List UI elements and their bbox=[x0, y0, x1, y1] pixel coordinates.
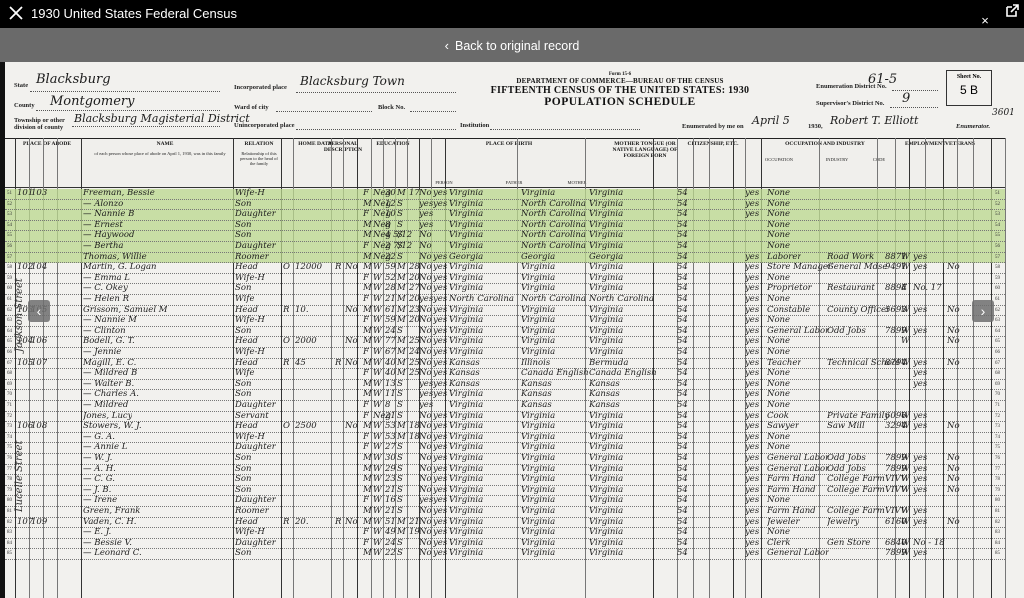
table-row[interactable]: 67105107Magill, E. C.HeadR45RNoMW40M25No… bbox=[5, 359, 1005, 370]
close-icon[interactable] bbox=[7, 4, 25, 22]
table-row[interactable]: 58102104Martin, G. LoganHeadO12000RNoMW5… bbox=[5, 263, 1005, 274]
cell-school: No bbox=[419, 305, 432, 315]
cell-school: No bbox=[419, 252, 432, 262]
cell-veteran: No bbox=[947, 326, 960, 336]
table-row[interactable]: 68— Mildred BWifeFW40M25NoyesKansasCanad… bbox=[5, 369, 1005, 380]
cell-school: No bbox=[419, 368, 432, 378]
cell-name: — W. J. bbox=[83, 453, 112, 463]
cell-school: yes bbox=[419, 294, 433, 304]
unincorporated-rule bbox=[296, 129, 456, 130]
cell-sex: M bbox=[363, 262, 372, 272]
cell-name: — Annie L bbox=[83, 442, 127, 452]
cell-line-right: 56 bbox=[995, 244, 1000, 249]
cell-name: — Clinton bbox=[83, 326, 126, 336]
table-row[interactable]: 55— HaywoodSonMNeg4 5/12SNoVirginiaNorth… bbox=[5, 231, 1005, 242]
cell-read: yes bbox=[433, 432, 447, 442]
table-row[interactable]: 84— Bessie V.DaughterFW24SNoyesVirginiaV… bbox=[5, 539, 1005, 550]
cell-mother-birth: Virginia bbox=[589, 442, 623, 452]
cell-employed: yes bbox=[913, 411, 927, 421]
cell-code: 54 bbox=[677, 252, 688, 262]
cell-marital: M bbox=[397, 336, 406, 346]
cell-relation: Son bbox=[235, 389, 251, 399]
cell-occupation: None bbox=[767, 495, 790, 505]
cell-line: 54 bbox=[7, 223, 12, 228]
cell-line: 53 bbox=[7, 212, 12, 217]
county-value: Montgomery bbox=[50, 94, 134, 109]
cell-school: No bbox=[419, 474, 432, 484]
cell-farm: No bbox=[345, 336, 358, 346]
group-relation: RELATION bbox=[237, 141, 281, 147]
cell-worker-class: W bbox=[901, 517, 910, 527]
cell-father-birth: Canada English bbox=[521, 368, 589, 378]
cell-race: W bbox=[373, 368, 382, 378]
cell-english: yes bbox=[745, 474, 759, 484]
cell-english: yes bbox=[745, 283, 759, 293]
cell-race: W bbox=[373, 527, 382, 537]
cell-marital: M bbox=[397, 273, 406, 283]
cell-read: yes bbox=[433, 315, 447, 325]
cell-name: — J. B. bbox=[83, 485, 111, 495]
cell-school: No bbox=[419, 453, 432, 463]
cell-name: — Ernest bbox=[83, 220, 123, 230]
cell-line-right: 57 bbox=[995, 255, 1000, 260]
cell-veteran: No bbox=[947, 464, 960, 474]
cell-age: 40 bbox=[385, 358, 396, 368]
cell-occupation: Constable bbox=[767, 305, 810, 315]
cell-name: — Emma L bbox=[83, 273, 130, 283]
cell-sex: M bbox=[363, 305, 372, 315]
cell-marital: M bbox=[397, 294, 406, 304]
table-row[interactable]: 85— Leonard C.SonMW22SNoyesVirginiaVirgi… bbox=[5, 549, 1005, 560]
cell-relation: Head bbox=[235, 421, 258, 431]
cell-line-right: 72 bbox=[995, 414, 1000, 419]
cell-relation: Son bbox=[235, 453, 251, 463]
cell-relation: Wife bbox=[235, 368, 254, 378]
cell-occupation: General Labor bbox=[767, 453, 829, 463]
cell-father-birth: North Carolina bbox=[521, 294, 586, 304]
cell-sex: M bbox=[363, 421, 372, 431]
cell-age: 24 bbox=[385, 326, 396, 336]
county-rule bbox=[36, 110, 220, 111]
cell-marital: S bbox=[397, 199, 403, 209]
cell-sex: F bbox=[363, 527, 369, 537]
cell-employed: yes bbox=[913, 326, 927, 336]
cell-age: 22 bbox=[385, 548, 396, 558]
previous-image-button[interactable]: ‹ bbox=[28, 300, 50, 322]
cell-line-right: 80 bbox=[995, 498, 1000, 503]
cell-veteran: No bbox=[947, 336, 960, 346]
cell-father-birth: Virginia bbox=[521, 485, 555, 495]
cell-marital: M bbox=[397, 262, 406, 272]
cell-father-birth: North Carolina bbox=[521, 209, 586, 219]
cell-mother-birth: Virginia bbox=[589, 453, 623, 463]
state-rule bbox=[30, 91, 220, 92]
cell-line: 56 bbox=[7, 244, 12, 249]
cell-industry: College Farm bbox=[827, 506, 885, 516]
cell-age: 40 bbox=[385, 368, 396, 378]
cell-tenure: R bbox=[283, 305, 289, 315]
cell-age: 29 bbox=[385, 464, 396, 474]
cell-sex: M bbox=[363, 474, 372, 484]
cell-mother-birth: Virginia bbox=[589, 241, 623, 251]
table-row[interactable]: 70— Charles A.SonMW11SyesyesVirginiaKans… bbox=[5, 390, 1005, 401]
cell-industry: Odd Jobs bbox=[827, 326, 866, 336]
cell-person-birth: Virginia bbox=[449, 421, 483, 431]
cell-mother-birth: Canada English bbox=[589, 368, 657, 378]
cell-english: yes bbox=[745, 379, 759, 389]
cell-age: 77 bbox=[385, 336, 396, 346]
cell-occupation: None bbox=[767, 336, 790, 346]
cell-employed: yes bbox=[913, 453, 927, 463]
cell-mother-birth: Kansas bbox=[589, 379, 620, 389]
cell-code: 54 bbox=[677, 230, 688, 240]
cell-occupation: None bbox=[767, 347, 790, 357]
cell-industry: Saw Mill bbox=[827, 421, 865, 431]
chevron-left-icon: ‹ bbox=[445, 38, 449, 53]
cell-occupation: Farm Hand bbox=[767, 474, 816, 484]
cell-age: 61 bbox=[385, 305, 396, 315]
cell-code: 54 bbox=[677, 453, 688, 463]
cell-school: No bbox=[419, 464, 432, 474]
cell-read: yes bbox=[433, 548, 447, 558]
col-code: CODE bbox=[867, 157, 891, 162]
cell-occupation: None bbox=[767, 188, 790, 198]
cell-english: yes bbox=[745, 294, 759, 304]
cell-race: W bbox=[373, 347, 382, 357]
cell-mother-birth: Virginia bbox=[589, 315, 623, 325]
cell-sex: M bbox=[363, 464, 372, 474]
cell-name: — Bessie V. bbox=[83, 538, 132, 548]
cell-family: 103 bbox=[31, 188, 47, 198]
cell-english: yes bbox=[745, 432, 759, 442]
table-row[interactable]: 54— ErnestSonMNeg8SyesVirginiaNorth Caro… bbox=[5, 221, 1005, 232]
cell-line: 73 bbox=[7, 424, 12, 429]
cell-code: 54 bbox=[677, 209, 688, 219]
cell-code: 54 bbox=[677, 506, 688, 516]
cell-value: 12000 bbox=[295, 262, 322, 272]
cell-father-birth: Virginia bbox=[521, 305, 555, 315]
back-link-label: Back to original record bbox=[455, 39, 579, 53]
cell-age: 10 bbox=[385, 209, 396, 219]
cell-employed: yes bbox=[913, 474, 927, 484]
cell-person-birth: Virginia bbox=[449, 506, 483, 516]
cell-age: 51 bbox=[385, 517, 396, 527]
page-stamp: 3601 bbox=[992, 108, 1015, 118]
cell-race: W bbox=[373, 548, 382, 558]
cell-person-birth: Virginia bbox=[449, 230, 483, 240]
cell-sex: M bbox=[363, 326, 372, 336]
cell-line: 82 bbox=[7, 520, 12, 525]
cell-line: 63 bbox=[7, 318, 12, 323]
state-value: Blacksburg bbox=[36, 72, 111, 87]
external-link-icon[interactable] bbox=[1004, 3, 1020, 19]
cell-person-birth: Kansas bbox=[449, 379, 480, 389]
cell-code: 54 bbox=[677, 368, 688, 378]
cell-age: 24 bbox=[385, 538, 396, 548]
cell-employed: yes bbox=[913, 485, 927, 495]
block-label: Block No. bbox=[378, 104, 405, 111]
cell-occupation: None bbox=[767, 432, 790, 442]
cell-read: yes bbox=[433, 411, 447, 421]
cell-sex: M bbox=[363, 453, 372, 463]
cell-occupation: Sawyer bbox=[767, 421, 799, 431]
cell-farm: No bbox=[345, 262, 358, 272]
table-row[interactable]: 64— ClintonSonMW24SNoyesVirginiaVirginia… bbox=[5, 327, 1005, 338]
cell-school: yes bbox=[419, 389, 433, 399]
cell-name: — G. A. bbox=[83, 432, 115, 442]
cell-person-birth: Virginia bbox=[449, 326, 483, 336]
table-row[interactable]: 65104106Bodell, G. T.HeadO2000NoMW77M25N… bbox=[5, 337, 1005, 348]
cell-mother-birth: Virginia bbox=[589, 432, 623, 442]
cell-relation: Wife-H bbox=[235, 527, 265, 537]
cell-relation: Son bbox=[235, 379, 251, 389]
cell-marital: S bbox=[397, 495, 403, 505]
cell-worker-class: W bbox=[901, 548, 910, 558]
cell-line: 66 bbox=[7, 350, 12, 355]
township-label: Township or other division of county bbox=[14, 117, 74, 131]
cell-name: — Walter B. bbox=[83, 379, 134, 389]
cell-school: No bbox=[419, 421, 432, 431]
township-rule bbox=[72, 126, 220, 127]
cell-school: yes bbox=[419, 495, 433, 505]
cell-industry: Gen Store bbox=[827, 538, 870, 548]
cell-person-birth: Georgia bbox=[449, 252, 483, 262]
cell-english: yes bbox=[745, 199, 759, 209]
cell-code: 54 bbox=[677, 273, 688, 283]
cell-name: — Leonard C. bbox=[83, 548, 142, 558]
cell-person-birth: Virginia bbox=[449, 389, 483, 399]
cell-race: W bbox=[373, 294, 382, 304]
cell-name: — Jennie bbox=[83, 347, 121, 357]
cell-code: 54 bbox=[677, 474, 688, 484]
cell-english: yes bbox=[745, 389, 759, 399]
group-birth: PLACE OF BIRTH bbox=[409, 141, 609, 147]
cell-read: yes bbox=[433, 421, 447, 431]
cell-worker-class: W bbox=[901, 336, 910, 346]
cell-race: W bbox=[373, 358, 382, 368]
cell-farm: No bbox=[345, 517, 358, 527]
institution-label: Institution bbox=[460, 122, 489, 129]
cell-age: 8 bbox=[385, 220, 390, 230]
sup-district-label: Supervisor's District No. bbox=[816, 100, 884, 107]
cell-employed: yes bbox=[913, 548, 927, 558]
cell-line-right: 79 bbox=[995, 488, 1000, 493]
cell-line: 75 bbox=[7, 445, 12, 450]
cell-worker-class: W bbox=[901, 252, 910, 262]
cell-race: W bbox=[373, 379, 382, 389]
cell-line: 76 bbox=[7, 456, 12, 461]
cell-race: W bbox=[373, 485, 382, 495]
institution-rule bbox=[490, 129, 640, 130]
cell-industry: County Officer bbox=[827, 305, 890, 315]
cell-father-birth: Kansas bbox=[521, 389, 552, 399]
sup-district-value: 9 bbox=[902, 91, 910, 106]
cell-sex: F bbox=[363, 432, 369, 442]
cell-age: 11 bbox=[385, 389, 396, 399]
cell-industry: College Farm bbox=[827, 474, 885, 484]
cell-mother-birth: North Carolina bbox=[589, 294, 654, 304]
cell-age: 67 bbox=[385, 347, 396, 357]
cell-read: yes bbox=[433, 474, 447, 484]
table-row[interactable]: 74— G. A.Wife-HFW53M18NoyesVirginiaVirgi… bbox=[5, 433, 1005, 444]
cell-mother-birth: Virginia bbox=[589, 517, 623, 527]
cell-age: 53 bbox=[385, 421, 396, 431]
cell-school: No bbox=[419, 273, 432, 283]
table-row[interactable]: 79— J. B.SonMW21SNoyesVirginiaVirginiaVi… bbox=[5, 486, 1005, 497]
cell-line: 52 bbox=[7, 202, 12, 207]
cell-sex: F bbox=[363, 400, 369, 410]
cell-school: No bbox=[419, 538, 432, 548]
ward-label: Ward of city bbox=[234, 104, 269, 111]
cell-value: 45 bbox=[295, 358, 306, 368]
cell-marital: M bbox=[397, 432, 406, 442]
cell-occupation: Clerk bbox=[767, 538, 790, 548]
census-heading: FIFTEENTH CENSUS OF THE UNITED STATES: 1… bbox=[470, 85, 770, 96]
cell-relation: Roomer bbox=[235, 252, 269, 262]
cell-name: Vaden, C. H. bbox=[83, 517, 137, 527]
cell-name: Stowers, W. J. bbox=[83, 421, 142, 431]
cell-industry: General Mdse bbox=[827, 262, 887, 272]
cell-read: yes bbox=[433, 538, 447, 548]
table-row[interactable]: 73106108Stowers, W. J.HeadO2500NoMW53M18… bbox=[5, 422, 1005, 433]
cell-name: Martin, G. Logan bbox=[83, 262, 156, 272]
cell-relation: Head bbox=[235, 517, 258, 527]
cell-code: 54 bbox=[677, 262, 688, 272]
cell-marital: S bbox=[397, 506, 403, 516]
col-industry: INDUSTRY bbox=[807, 157, 867, 162]
cell-english: yes bbox=[745, 548, 759, 558]
cell-radio: R bbox=[335, 517, 341, 527]
cell-veteran: No bbox=[947, 262, 960, 272]
cell-father-birth: Virginia bbox=[521, 538, 555, 548]
cell-line-right: 52 bbox=[995, 202, 1000, 207]
cell-line-right: 85 bbox=[995, 551, 1000, 556]
back-bar: ‹Back to original record bbox=[0, 28, 1024, 62]
cell-school: yes bbox=[419, 220, 433, 230]
cell-relation: Son bbox=[235, 199, 251, 209]
next-image-button[interactable]: › bbox=[972, 300, 994, 322]
cell-age: 21 bbox=[385, 506, 396, 516]
cell-father-birth: Virginia bbox=[521, 548, 555, 558]
census-document-image[interactable]: State Blacksburg County Montgomery Towns… bbox=[0, 62, 1024, 598]
cell-race: W bbox=[373, 400, 382, 410]
cell-english: yes bbox=[745, 209, 759, 219]
table-row[interactable]: 51101103Freeman, BessieWife-HFNeg30M17No… bbox=[5, 189, 1005, 200]
cell-veteran: No bbox=[947, 421, 960, 431]
cell-sex: M bbox=[363, 389, 372, 399]
cell-relation: Son bbox=[235, 548, 251, 558]
cell-school: No bbox=[419, 432, 432, 442]
cell-school: yes bbox=[419, 209, 433, 219]
cell-line-right: 76 bbox=[995, 456, 1000, 461]
cell-industry: College Farm bbox=[827, 485, 885, 495]
sheet-value: 5 B bbox=[947, 83, 991, 97]
cell-read: yes bbox=[433, 347, 447, 357]
back-to-record-link[interactable]: ‹Back to original record bbox=[0, 38, 1024, 53]
group-veterans: VETERANS bbox=[943, 141, 977, 147]
cell-line-right: 67 bbox=[995, 361, 1000, 366]
cell-veteran: No bbox=[947, 517, 960, 527]
cell-occupation: None bbox=[767, 442, 790, 452]
cell-mother-birth: Virginia bbox=[589, 220, 623, 230]
cell-employed: yes bbox=[913, 421, 927, 431]
table-row[interactable]: 52— AlonzoSonMNeg12SyesyesVirginiaNorth … bbox=[5, 200, 1005, 211]
cell-read: yes bbox=[433, 485, 447, 495]
cell-school: No bbox=[419, 442, 432, 452]
cell-read: yes bbox=[433, 464, 447, 474]
cell-marital: S bbox=[397, 230, 403, 240]
group-employment: EMPLOYMENT bbox=[905, 141, 941, 147]
cell-veteran: No bbox=[947, 358, 960, 368]
cell-name: — Helen R bbox=[83, 294, 129, 304]
cell-read: yes bbox=[433, 527, 447, 537]
cell-english: yes bbox=[745, 326, 759, 336]
cell-father-birth: North Carolina bbox=[521, 241, 586, 251]
cell-line: 64 bbox=[7, 329, 12, 334]
cell-age: 30 bbox=[385, 188, 396, 198]
cell-sex: F bbox=[363, 368, 369, 378]
cell-code: 54 bbox=[677, 432, 688, 442]
cell-age: 59 bbox=[385, 262, 396, 272]
cell-father-birth: North Carolina bbox=[521, 199, 586, 209]
cell-code: 54 bbox=[677, 220, 688, 230]
cell-relation: Head bbox=[235, 358, 258, 368]
cell-line-right: 53 bbox=[995, 212, 1000, 217]
cell-mother-birth: Virginia bbox=[589, 209, 623, 219]
cell-age: 21 bbox=[385, 294, 396, 304]
cell-father-birth: Virginia bbox=[521, 411, 555, 421]
table-row[interactable]: 62103105Grissom, Samuel MHeadR10.NoMW61M… bbox=[5, 306, 1005, 317]
table-row[interactable]: 53— Nannie BDaughterFNeg10SyesVirginiaNo… bbox=[5, 210, 1005, 221]
enumerator-label: Enumerator. bbox=[956, 123, 990, 130]
cell-person-birth: Virginia bbox=[449, 400, 483, 410]
cell-english: yes bbox=[745, 262, 759, 272]
table-row[interactable]: 69— Walter B.SonMW13SyesyesKansasKansasK… bbox=[5, 380, 1005, 391]
cell-occupation: Farm Hand bbox=[767, 506, 816, 516]
group-occupation: OCCUPATION AND INDUSTRY bbox=[745, 141, 905, 147]
cell-relation: Daughter bbox=[235, 495, 276, 505]
cell-occupation: Teacher bbox=[767, 358, 801, 368]
cell-race: W bbox=[373, 538, 382, 548]
cell-person-birth: Virginia bbox=[449, 283, 483, 293]
cell-english: yes bbox=[745, 506, 759, 516]
cell-age: 52 bbox=[385, 273, 396, 283]
cell-line: 70 bbox=[7, 392, 12, 397]
cell-read: yes bbox=[433, 506, 447, 516]
cell-value: 10. bbox=[295, 305, 309, 315]
cell-marital: S bbox=[397, 548, 403, 558]
cell-school: No bbox=[419, 262, 432, 272]
cell-mother-birth: Virginia bbox=[589, 464, 623, 474]
cell-line: 74 bbox=[7, 435, 12, 440]
cell-line: 83 bbox=[7, 530, 12, 535]
cell-school: No bbox=[419, 241, 432, 251]
cell-code: 54 bbox=[677, 517, 688, 527]
cell-mother-birth: Virginia bbox=[589, 347, 623, 357]
department-heading: DEPARTMENT OF COMMERCE—BUREAU OF THE CEN… bbox=[470, 77, 770, 85]
cell-employed: yes bbox=[913, 262, 927, 272]
cell-code: 54 bbox=[677, 411, 688, 421]
cell-marital: S bbox=[397, 209, 403, 219]
cell-read: yes bbox=[433, 517, 447, 527]
cell-family: 106 bbox=[31, 336, 47, 346]
cell-english: yes bbox=[745, 315, 759, 325]
cell-line-right: 71 bbox=[995, 403, 1000, 408]
cell-person-birth: Virginia bbox=[449, 241, 483, 251]
cell-sex: F bbox=[363, 273, 369, 283]
table-row[interactable]: 82107109Vaden, C. H.HeadR20.RNoMW51M21No… bbox=[5, 518, 1005, 529]
cell-line: 78 bbox=[7, 477, 12, 482]
